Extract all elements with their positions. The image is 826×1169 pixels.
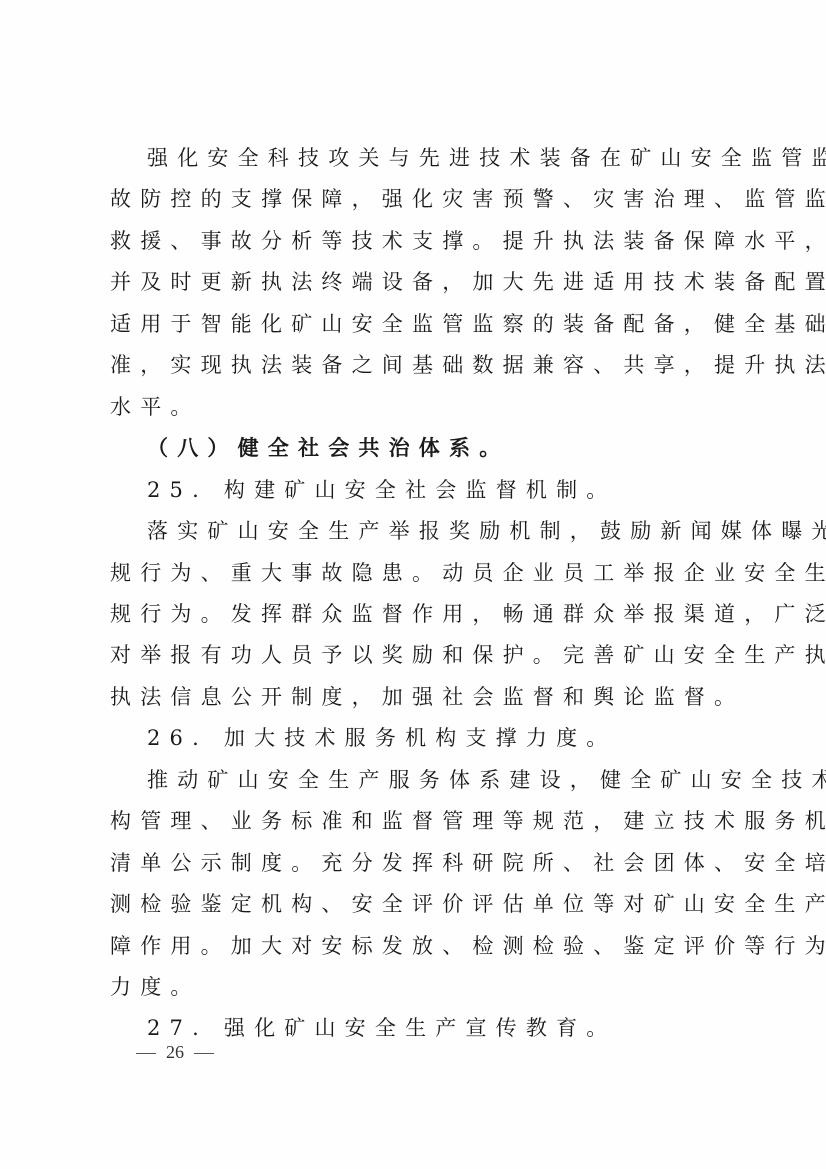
page-number: 26	[166, 1042, 184, 1062]
text-line: 26. 加大技术服务机构支撑力度。	[147, 723, 787, 753]
text-line: 25. 构建矿山安全社会监督机制。	[147, 475, 787, 505]
text-line: 救援、事故分析等技术支撑。提升执法装备保障水平，配齐、配全	[110, 226, 750, 256]
document-page: 强化安全科技攻关与先进技术装备在矿山安全监管监察和事故防控的支撑保障，强化灾害预…	[0, 0, 826, 1169]
text-line: 故防控的支撑保障，强化灾害预警、灾害治理、监管监察执法、事故	[110, 184, 750, 214]
page-footer: 26	[126, 1042, 224, 1063]
text-line: 强化安全科技攻关与先进技术装备在矿山安全监管监察和事	[147, 143, 787, 173]
text-line: 执法信息公开制度，加强社会监督和舆论监督。	[110, 682, 750, 712]
text-line: 推动矿山安全生产服务体系建设，健全矿山安全技术服务机	[147, 765, 787, 795]
text-line: 并及时更新执法终端设备，加大先进适用技术装备配置力度，增强	[110, 267, 750, 297]
text-line: 落实矿山安全生产举报奖励机制，鼓励新闻媒体曝光违法违	[147, 516, 787, 546]
text-line: 对举报有功人员予以奖励和保护。完善矿山安全生产执法纠错和	[110, 640, 750, 670]
text-line: 水平。	[110, 392, 750, 422]
footer-dash-left	[136, 1053, 156, 1054]
text-line: 准，实现执法装备之间基础数据兼容、共享，提升执法装备智能化	[110, 350, 750, 380]
text-line: 规行为。发挥群众监督作用，畅通群众举报渠道，广泛发动群众，	[110, 599, 750, 629]
text-line: 障作用。加大对安标发放、检测检验、鉴定评价等行为的检查抽查	[110, 931, 750, 961]
text-line: 清单公示制度。充分发挥科研院所、社会团体、安全培训机构、检	[110, 848, 750, 878]
text-line: 力度。	[110, 972, 750, 1002]
text-line: 适用于智能化矿山安全监管监察的装备配备，健全基础数据库标	[110, 309, 750, 339]
text-line: 构管理、业务标准和监督管理等规范，建立技术服务机构诚信负面	[110, 806, 750, 836]
text-line: 27. 强化矿山安全生产宣传教育。	[147, 1013, 787, 1043]
section-heading: （八）健全社会共治体系。	[147, 433, 787, 463]
footer-dash-right	[194, 1053, 214, 1054]
text-line: 测检验鉴定机构、安全评价评估单位等对矿山安全生产工作的保	[110, 889, 750, 919]
text-line: 规行为、重大事故隐患。动员企业员工举报企业安全生产违法违	[110, 558, 750, 588]
